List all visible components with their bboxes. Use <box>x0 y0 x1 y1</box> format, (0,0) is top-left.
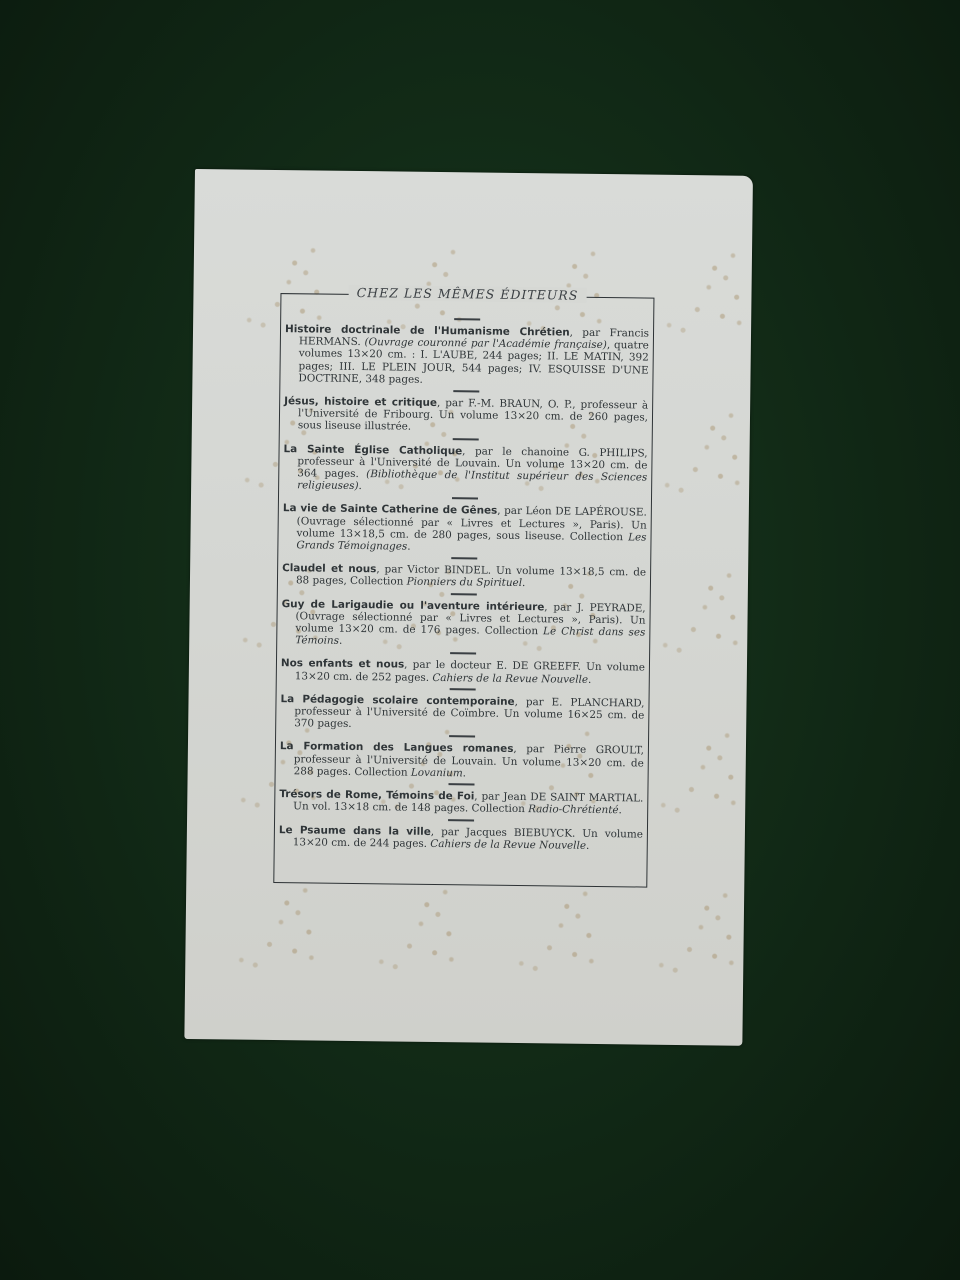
separator-rule <box>453 438 479 440</box>
separator-rule <box>451 557 477 559</box>
book-details-tail: . <box>588 674 591 686</box>
separator-rule <box>449 736 475 738</box>
separator-rule <box>452 498 478 500</box>
book-entry: Nos enfants et nous, par le docteur E. D… <box>281 658 645 687</box>
book-title: Claudel et nous <box>282 562 376 575</box>
book-entry: Le Psaume dans la ville, par Jacques BIE… <box>279 824 643 853</box>
book-list: Histoire doctrinale de l'Humanisme Chrét… <box>275 312 654 852</box>
book-entry: Trésors de Rome, Témoins de Foi, par Jea… <box>279 788 643 817</box>
book-entry: La Formation des Langues romanes, par Pi… <box>280 741 644 782</box>
book-entry: La Pédagogie scolaire contemporaine, par… <box>280 693 644 734</box>
book-back-cover: CHEZ LES MÊMES ÉDITEURS Histoire doctrin… <box>184 169 753 1046</box>
publisher-list-frame: CHEZ LES MÊMES ÉDITEURS Histoire doctrin… <box>273 293 654 888</box>
book-entry: La Sainte Église Catholique, par le chan… <box>283 443 648 496</box>
separator-rule <box>450 653 476 655</box>
book-details-tail: . <box>522 577 525 589</box>
collection-name: Lovanium <box>411 767 463 780</box>
separator-rule <box>448 819 474 821</box>
book-entry: Jésus, histoire et critique, par F.-M. B… <box>284 395 648 436</box>
separator-rule <box>454 318 480 320</box>
collection-name: Cahiers de la Revue Nouvelle <box>432 672 588 686</box>
book-details-tail: . <box>359 480 362 492</box>
collection-name: Radio-Chrétienté <box>528 803 619 816</box>
separator-rule <box>450 688 476 690</box>
separator-rule <box>448 783 474 785</box>
frame-heading: CHEZ LES MÊMES ÉDITEURS <box>349 285 587 303</box>
book-details-tail: . <box>586 840 589 852</box>
book-details-tail: . <box>339 635 342 647</box>
book-entry: Guy de Larigaudie ou l'aventure intérieu… <box>281 598 646 651</box>
separator-rule <box>453 390 479 392</box>
book-entry: Claudel et nous, par Victor BINDEL. Un v… <box>282 562 646 591</box>
book-entry: La vie de Sainte Catherine de Gênes, par… <box>282 503 647 556</box>
collection-name: Cahiers de la Revue Nouvelle <box>430 838 586 852</box>
collection-name: Pionniers du Spirituel <box>407 576 523 589</box>
book-details-tail: . <box>407 541 410 553</box>
book-details-tail: . <box>618 805 621 817</box>
book-entry: Histoire doctrinale de l'Humanisme Chrét… <box>284 323 649 388</box>
book-details-tail: . <box>463 767 466 779</box>
separator-rule <box>451 593 477 595</box>
